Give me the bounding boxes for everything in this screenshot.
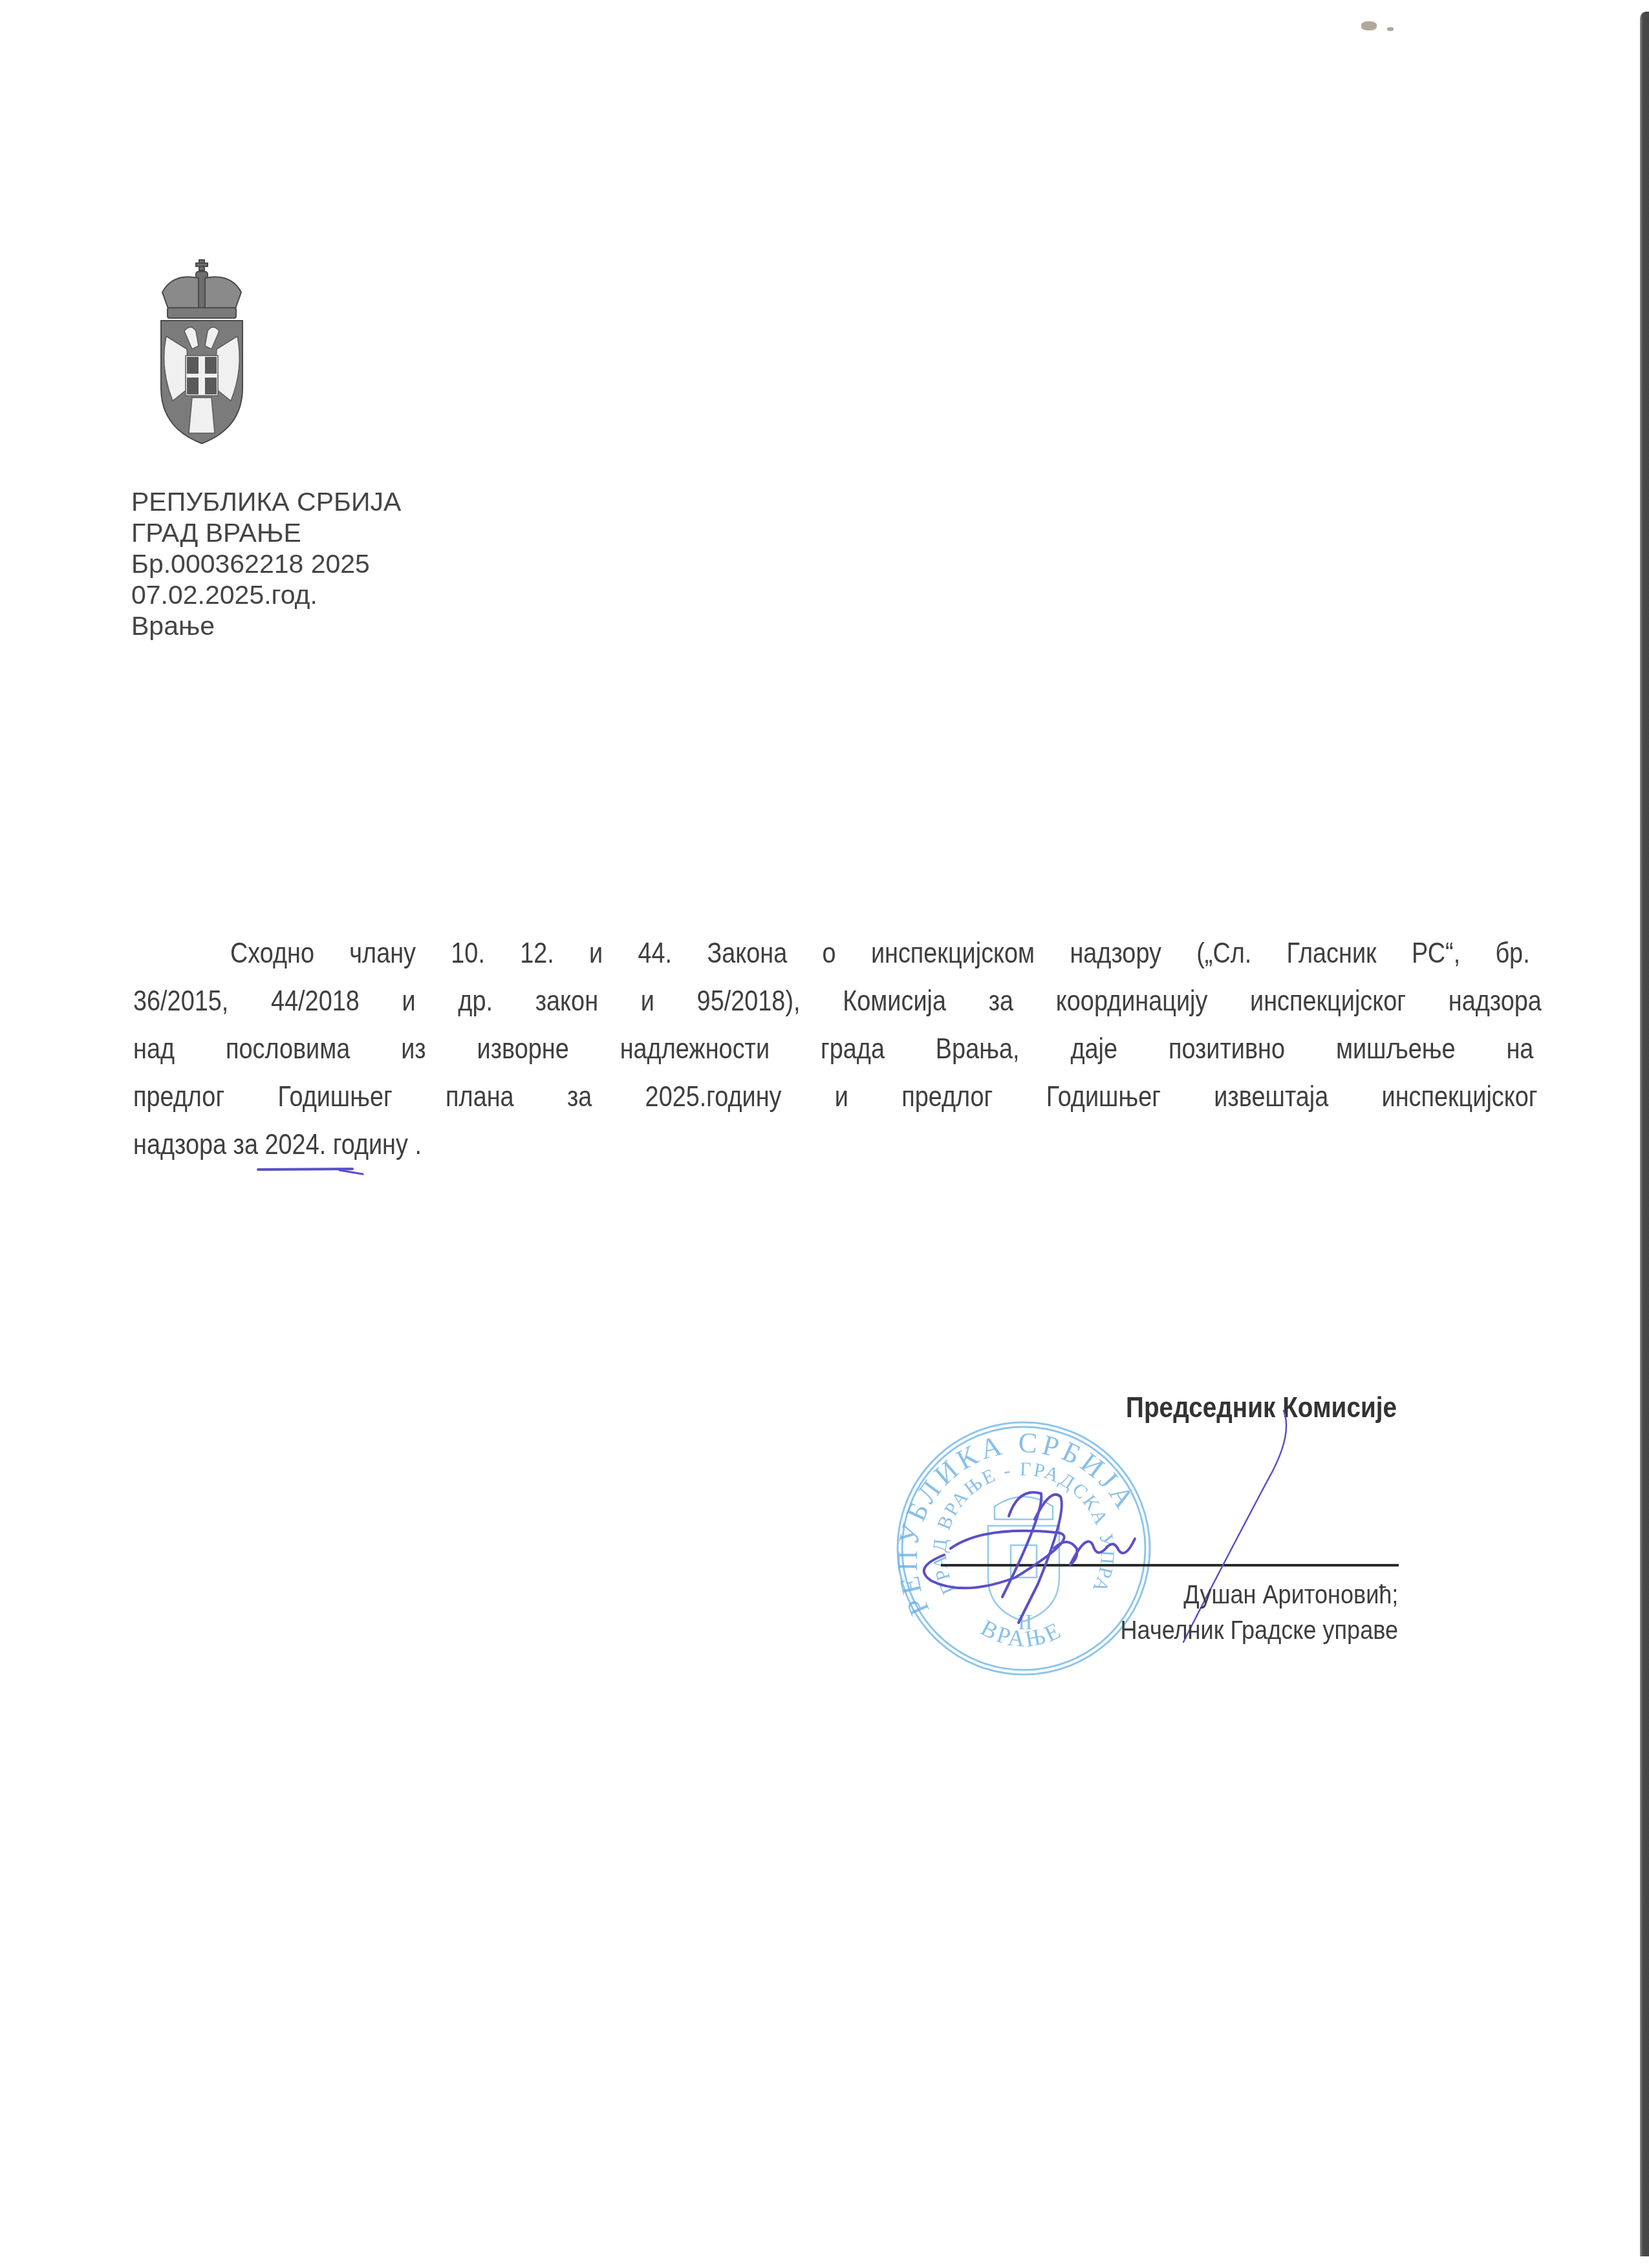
signatory-role: Начелник Градске управе: [1121, 1615, 1398, 1645]
body-line-text: предлог Годишњег плана за 2025.годину и …: [133, 1073, 1538, 1121]
body-line: 36/2015, 44/2018 и др. закон и 95/2018),…: [133, 978, 1399, 1025]
header-reference-number: Бр.000362218 2025: [131, 548, 401, 579]
header-country: РЕПУБЛИКА СРБИЈА: [131, 486, 401, 517]
handwritten-underline-mark: [255, 1164, 365, 1177]
body-line: предлог Годишњег плана за 2025.годину и …: [133, 1073, 1399, 1121]
body-line: Сходно члану 10. 12. и 44. Закона о инсп…: [133, 930, 1399, 978]
header-date: 07.02.2025.год.: [131, 579, 401, 610]
letterhead: РЕПУБЛИКА СРБИЈА ГРАД ВРАЊЕ Бр.000362218…: [131, 486, 401, 641]
body-line-text: 36/2015, 44/2018 и др. закон и 95/2018),…: [133, 978, 1542, 1025]
body-line: над пословима из изворне надлежности гра…: [133, 1025, 1399, 1073]
scan-edge: [1640, 12, 1649, 2256]
body-line-text: над пословима из изворне надлежности гра…: [133, 1025, 1533, 1073]
body-line-text: Сходно члану 10. 12. и 44. Закона о инсп…: [230, 930, 1530, 978]
header-city: ГРАД ВРАЊЕ: [131, 517, 401, 548]
scan-speck: [1361, 21, 1377, 30]
scan-speck: [1387, 27, 1394, 31]
body-line-text: надзора за 2024. годину .: [133, 1121, 422, 1169]
body-paragraph: Сходно члану 10. 12. и 44. Закона о инсп…: [133, 930, 1399, 1169]
coat-of-arms-icon: [153, 259, 251, 446]
header-place: Врање: [131, 610, 401, 641]
body-line: надзора за 2024. годину .: [133, 1121, 1399, 1169]
signatory-name: Душан Аритоновић;: [1183, 1579, 1398, 1610]
